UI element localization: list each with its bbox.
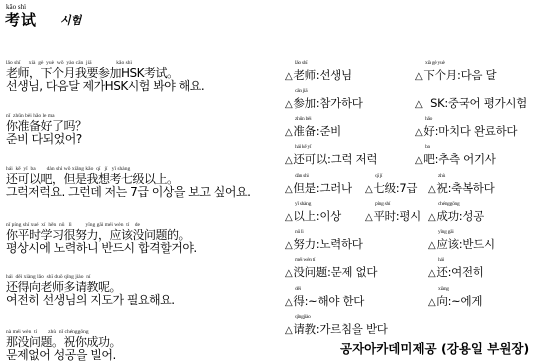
vocab-term: 好	[423, 124, 434, 138]
vocab-meaning: 축복하다	[451, 181, 494, 195]
vocab-pinyin: hǎo	[425, 116, 432, 122]
vocab-item: dàn shì △但是:그러나	[285, 180, 352, 196]
vocab-meaning: 문제 없다	[331, 265, 378, 279]
vocab-meaning: 노력하다	[319, 237, 362, 251]
vocab-meaning: 마치다 완료하다	[438, 124, 517, 138]
triangle-bullet-icon: △	[285, 184, 292, 195]
vocab-term: 老师	[293, 68, 315, 82]
vocab-item: xià gè yuè △下个月:다음 달	[415, 67, 496, 83]
vocab-term: 成功	[436, 209, 458, 223]
vocab-term: 请教	[293, 322, 315, 336]
vocab-pinyin: hái kě yǐ	[295, 144, 311, 150]
vocab-pinyin: zhǔn bèi	[295, 116, 311, 122]
vocab-item: hái kě yǐ △还可以:그럭 저럭	[285, 151, 377, 167]
triangle-bullet-icon: △	[285, 268, 292, 279]
vocab-pinyin: qī jí	[375, 173, 382, 179]
triangle-bullet-icon: △	[428, 297, 435, 308]
vocab-term: 平时	[373, 209, 395, 223]
triangle-bullet-icon: △	[415, 127, 422, 138]
triangle-bullet-icon: △	[365, 212, 372, 223]
vocab-item: qī jí △七级:7급	[365, 180, 417, 196]
vocab-meaning: 다음 달	[461, 68, 497, 82]
vocab-pinyin: cān jiā	[295, 88, 307, 94]
vocab-meaning: 7급	[399, 181, 417, 195]
vocab-meaning: 추측 어기사	[438, 152, 495, 166]
title-chinese: 考试	[5, 9, 37, 30]
triangle-bullet-icon: △	[285, 240, 292, 251]
vocab-term: 还可以	[293, 152, 327, 166]
vocab-meaning: 그러나	[319, 181, 351, 195]
triangle-bullet-icon: △	[428, 240, 435, 251]
dialogue-line-1: lǎo shī xià gè yuè wǒ yào cān jiā kǎo sh…	[6, 60, 204, 93]
vocab-pinyin: ba	[425, 144, 430, 150]
vocab-term: 应该	[436, 237, 458, 251]
vocab-meaning: 이상	[319, 209, 341, 223]
triangle-bullet-icon: △	[428, 268, 435, 279]
vocab-item: píng shí △平时:평시	[365, 208, 421, 224]
dialogue-line-5: hái děi xiàng lǎo shī duō qǐng jiào ní 还…	[6, 274, 175, 307]
vocab-pinyin: dàn shì	[295, 173, 309, 179]
vocab-term: 努力	[293, 237, 315, 251]
dialogue-korean: 그럭저럭요. 그런데 저는 7급 이상을 보고 싶어요.	[6, 186, 250, 199]
triangle-bullet-icon: △	[285, 297, 292, 308]
vocab-item: xiàng △向:~에게	[428, 293, 482, 309]
vocab-pinyin: nǔ lì	[295, 229, 303, 235]
vocab-term: 祝	[436, 181, 447, 195]
triangle-bullet-icon: △	[428, 212, 435, 223]
vocab-item: hái △还:여전히	[428, 264, 484, 280]
triangle-bullet-icon: △	[415, 99, 422, 110]
vocab-item: chénggōng △成功:성공	[428, 208, 484, 224]
triangle-bullet-icon: △	[285, 127, 292, 138]
dialogue-korean: 문제없어 성공을 빌어.	[6, 349, 121, 362]
vocab-item: nǔ lì △努力:노력하다	[285, 236, 363, 252]
vocab-item: yīng gāi △应该:반드시	[428, 236, 495, 252]
vocab-item: cān jiā △参加:참가하다	[285, 95, 363, 111]
vocab-term: 下个月	[423, 68, 457, 82]
vocab-term: 得	[293, 294, 304, 308]
vocab-term: 七级	[373, 181, 395, 195]
vocab-item: hǎo △好:마치다 완료하다	[415, 123, 517, 139]
vocab-pinyin: qǐngjiào	[295, 314, 311, 320]
credit-line: 공자아카데미제공 (강용일 부원장)	[340, 339, 529, 357]
dialogue-korean: 평상시에 노력하니 반드시 합격할거야.	[6, 242, 197, 255]
vocab-meaning: 성공	[462, 209, 484, 223]
vocab-pinyin: lǎo shī	[295, 60, 307, 66]
vocab-term: 吧	[423, 152, 434, 166]
vocab-term: 参加	[293, 96, 315, 110]
triangle-bullet-icon: △	[285, 155, 292, 166]
triangle-bullet-icon: △	[285, 325, 292, 336]
vocab-meaning: 참가하다	[319, 96, 362, 110]
triangle-bullet-icon: △	[285, 212, 292, 223]
vocab-pinyin: chénggōng	[438, 201, 459, 207]
vocab-pinyin: děi	[295, 286, 301, 292]
dialogue-korean: 여전히 선생님의 지도가 필요해요.	[6, 294, 175, 307]
vocab-term: 还	[436, 265, 447, 279]
vocab-pinyin: píng shí	[375, 201, 390, 207]
dialogue-line-3: hái kě yǐ ba dàn shì wǒ xiǎng kǎo qī jí …	[6, 166, 250, 199]
triangle-bullet-icon: △	[428, 184, 435, 195]
triangle-bullet-icon: △	[285, 71, 292, 82]
vocab-pinyin: xià gè yuè	[425, 60, 445, 66]
vocab-term: 没问题	[293, 265, 327, 279]
vocab-meaning: ~에게	[451, 294, 482, 308]
vocab-meaning: ~해야 한다	[308, 294, 364, 308]
vocab-item: yǐ shàng △以上:이상	[285, 208, 341, 224]
vocab-meaning: 그럭 저럭	[331, 152, 378, 166]
vocab-item: zhù △祝:축복하다	[428, 180, 494, 196]
vocab-item: děi △得:~해야 한다	[285, 293, 364, 309]
dialogue-korean: 선생님, 다음달 제가HSK시험 봐야 해요.	[6, 80, 204, 93]
vocab-item: ba △吧:추측 어기사	[415, 151, 496, 167]
vocab-item: qǐngjiào △请教:가르침을 받다	[285, 321, 388, 337]
dialogue-line-4: nǐ píng shí xué xí hěn nǔ lì yīng gāi mé…	[6, 222, 197, 255]
vocab-item: △ SK:중국어 평가시험	[415, 95, 527, 111]
vocab-meaning: 가르침을 받다	[319, 322, 387, 336]
triangle-bullet-icon: △	[285, 99, 292, 110]
vocab-meaning: 선생님	[319, 68, 351, 82]
vocab-term: 准备	[293, 124, 315, 138]
vocab-pinyin: zhù	[438, 173, 445, 179]
dialogue-line-2: nǐ zhǔn bèi hǎo le ma 你准备好了吗？ 준비 다되었어?	[6, 113, 87, 146]
triangle-bullet-icon: △	[415, 71, 422, 82]
dialogue-line-6: nà méi wèn tí zhù nǐ chénggōng 那没问题。祝你成功…	[6, 329, 121, 362]
vocab-item: méi wèn tí △没问题:문제 없다	[285, 264, 377, 280]
triangle-bullet-icon: △	[365, 184, 372, 195]
vocab-term: 以上	[293, 209, 315, 223]
vocab-meaning: SK:중국어 평가시험	[430, 96, 527, 110]
vocab-pinyin: yǐ shàng	[295, 201, 311, 207]
vocab-item: zhǔn bèi △准备:준비	[285, 123, 341, 139]
vocab-pinyin: hái	[438, 257, 444, 263]
vocab-meaning: 준비	[319, 124, 341, 138]
dialogue-korean: 준비 다되었어?	[6, 133, 87, 146]
title-korean: 시험	[60, 12, 81, 28]
vocab-term: 但是	[293, 181, 315, 195]
vocab-term: 向	[436, 294, 447, 308]
vocab-meaning: 반드시	[462, 237, 494, 251]
vocab-pinyin: yīng gāi	[438, 229, 453, 235]
vocab-item: lǎo shī △老师:선생님	[285, 67, 352, 83]
vocab-meaning: 여전히	[451, 265, 483, 279]
vocab-pinyin: xiàng	[438, 286, 449, 292]
vocab-pinyin: méi wèn tí	[295, 257, 315, 263]
vocab-meaning: 평시	[399, 209, 421, 223]
triangle-bullet-icon: △	[415, 155, 422, 166]
